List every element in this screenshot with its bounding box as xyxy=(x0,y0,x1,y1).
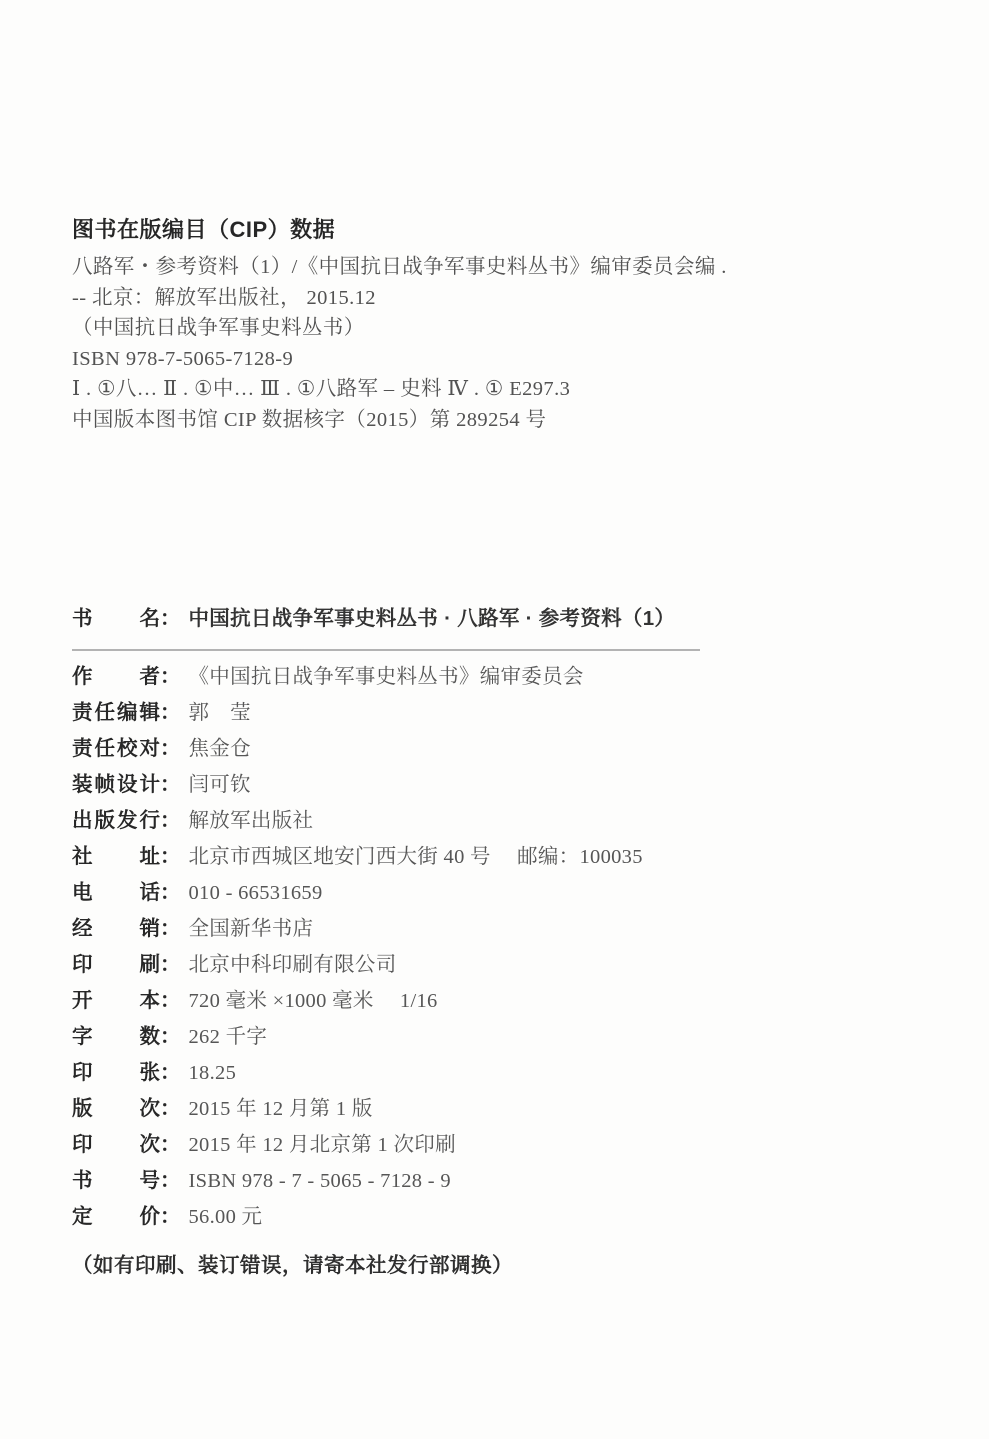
cip-line-series: （中国抗日战争军事史料丛书） xyxy=(72,313,932,344)
row-label: 印张 xyxy=(72,1055,160,1091)
row-colon: ： xyxy=(160,731,181,767)
colophon-row-edition: 版次 ： 2015 年 12 月第 1 版 xyxy=(72,1091,932,1127)
cip-block: 图书在版编目（CIP）数据 八路军・参考资料（1）/《中国抗日战争军事史料丛书》… xyxy=(72,214,932,435)
row-colon: ： xyxy=(160,695,181,731)
row-value: 北京市西城区地安门西大街 40 号 邮编：100035 xyxy=(189,839,643,875)
row-colon: ： xyxy=(160,839,181,875)
row-colon: ： xyxy=(160,947,181,983)
row-value: 010 - 66531659 xyxy=(189,875,323,911)
row-value: 解放军出版社 xyxy=(189,803,314,839)
row-label: 经销 xyxy=(72,911,160,947)
colophon-row-editor: 责任编辑 ： 郭 莹 xyxy=(72,695,932,731)
cip-line-description: 八路军・参考资料（1）/《中国抗日战争军事史料丛书》编审委员会编 . xyxy=(72,252,932,283)
row-label: 字数 xyxy=(72,1019,160,1055)
colophon: 书名 ： 中国抗日战争军事史料丛书 · 八路军 · 参考资料（1） 作者 ： 《… xyxy=(72,601,932,1284)
colophon-row-phone: 电话 ： 010 - 66531659 xyxy=(72,875,932,911)
row-label: 社址 xyxy=(72,839,160,875)
row-value: 18.25 xyxy=(189,1055,237,1091)
row-label: 责任校对 xyxy=(72,731,160,767)
row-label: 印刷 xyxy=(72,947,160,983)
cip-line-classification: Ⅰ . ①八… Ⅱ . ①中… Ⅲ . ①八路军 – 史料 Ⅳ . ① E297… xyxy=(72,374,932,405)
row-value: 《中国抗日战争军事史料丛书》编审委员会 xyxy=(189,659,584,695)
row-label: 书名 xyxy=(72,601,160,637)
cip-line-isbn: ISBN 978-7-5065-7128-9 xyxy=(72,344,932,375)
colophon-row-price: 定价 ： 56.00 元 xyxy=(72,1199,932,1235)
colophon-row-address: 社址 ： 北京市西城区地安门西大街 40 号 邮编：100035 xyxy=(72,839,932,875)
colophon-row-publisher: 出版发行 ： 解放军出版社 xyxy=(72,803,932,839)
row-value: 北京中科印刷有限公司 xyxy=(189,947,397,983)
reprint-exchange-note: （如有印刷、装订错误，请寄本社发行部调换） xyxy=(72,1248,932,1284)
row-value: 262 千字 xyxy=(189,1019,268,1055)
row-colon: ： xyxy=(160,1019,181,1055)
row-label: 装帧设计 xyxy=(72,767,160,803)
row-value: 2015 年 12 月第 1 版 xyxy=(189,1091,373,1127)
book-copyright-page: 图书在版编目（CIP）数据 八路军・参考资料（1）/《中国抗日战争军事史料丛书》… xyxy=(0,0,989,1439)
colophon-row-distributor: 经销 ： 全国新华书店 xyxy=(72,911,932,947)
colophon-row-designer: 装帧设计 ： 闫可钦 xyxy=(72,767,932,803)
row-label: 作者 xyxy=(72,659,160,695)
row-value: 56.00 元 xyxy=(189,1199,263,1235)
row-colon: ： xyxy=(160,601,181,637)
row-label: 定价 xyxy=(72,1199,160,1235)
row-colon: ： xyxy=(160,1127,181,1163)
row-value: ISBN 978 - 7 - 5065 - 7128 - 9 xyxy=(189,1163,451,1199)
row-value: 720 毫米 ×1000 毫米 1/16 xyxy=(189,983,438,1019)
colophon-row-printer: 印刷 ： 北京中科印刷有限公司 xyxy=(72,947,932,983)
row-colon: ： xyxy=(160,803,181,839)
book-title-row: 书名 ： 中国抗日战争军事史料丛书 · 八路军 · 参考资料（1） xyxy=(72,601,932,637)
row-value: 闫可钦 xyxy=(189,767,251,803)
row-label: 开本 xyxy=(72,983,160,1019)
cip-line-record-number: 中国版本图书馆 CIP 数据核字（2015）第 289254 号 xyxy=(72,405,932,436)
colophon-row-word-count: 字数 ： 262 千字 xyxy=(72,1019,932,1055)
cip-line-publisher: -- 北京：解放军出版社， 2015.12 xyxy=(72,283,932,314)
row-colon: ： xyxy=(160,1163,181,1199)
row-colon: ： xyxy=(160,659,181,695)
row-label: 出版发行 xyxy=(72,803,160,839)
row-colon: ： xyxy=(160,983,181,1019)
row-value: 郭 莹 xyxy=(189,695,251,731)
row-colon: ： xyxy=(160,911,181,947)
cip-heading: 图书在版编目（CIP）数据 xyxy=(72,214,932,246)
divider-rule xyxy=(72,649,700,651)
colophon-row-proofreader: 责任校对 ： 焦金仓 xyxy=(72,731,932,767)
row-value: 全国新华书店 xyxy=(189,911,314,947)
row-colon: ： xyxy=(160,1199,181,1235)
row-colon: ： xyxy=(160,1055,181,1091)
colophon-row-format: 开本 ： 720 毫米 ×1000 毫米 1/16 xyxy=(72,983,932,1019)
colophon-row-impression: 印次 ： 2015 年 12 月北京第 1 次印刷 xyxy=(72,1127,932,1163)
row-label: 电话 xyxy=(72,875,160,911)
row-label: 印次 xyxy=(72,1127,160,1163)
row-label: 责任编辑 xyxy=(72,695,160,731)
colophon-row-sheets: 印张 ： 18.25 xyxy=(72,1055,932,1091)
row-colon: ： xyxy=(160,875,181,911)
row-value: 焦金仓 xyxy=(189,731,251,767)
row-colon: ： xyxy=(160,767,181,803)
row-colon: ： xyxy=(160,1091,181,1127)
row-label: 书号 xyxy=(72,1163,160,1199)
row-label: 版次 xyxy=(72,1091,160,1127)
colophon-row-isbn: 书号 ： ISBN 978 - 7 - 5065 - 7128 - 9 xyxy=(72,1163,932,1199)
colophon-row-author: 作者 ： 《中国抗日战争军事史料丛书》编审委员会 xyxy=(72,659,932,695)
row-value: 2015 年 12 月北京第 1 次印刷 xyxy=(189,1127,456,1163)
book-title-value: 中国抗日战争军事史料丛书 · 八路军 · 参考资料（1） xyxy=(189,601,676,637)
